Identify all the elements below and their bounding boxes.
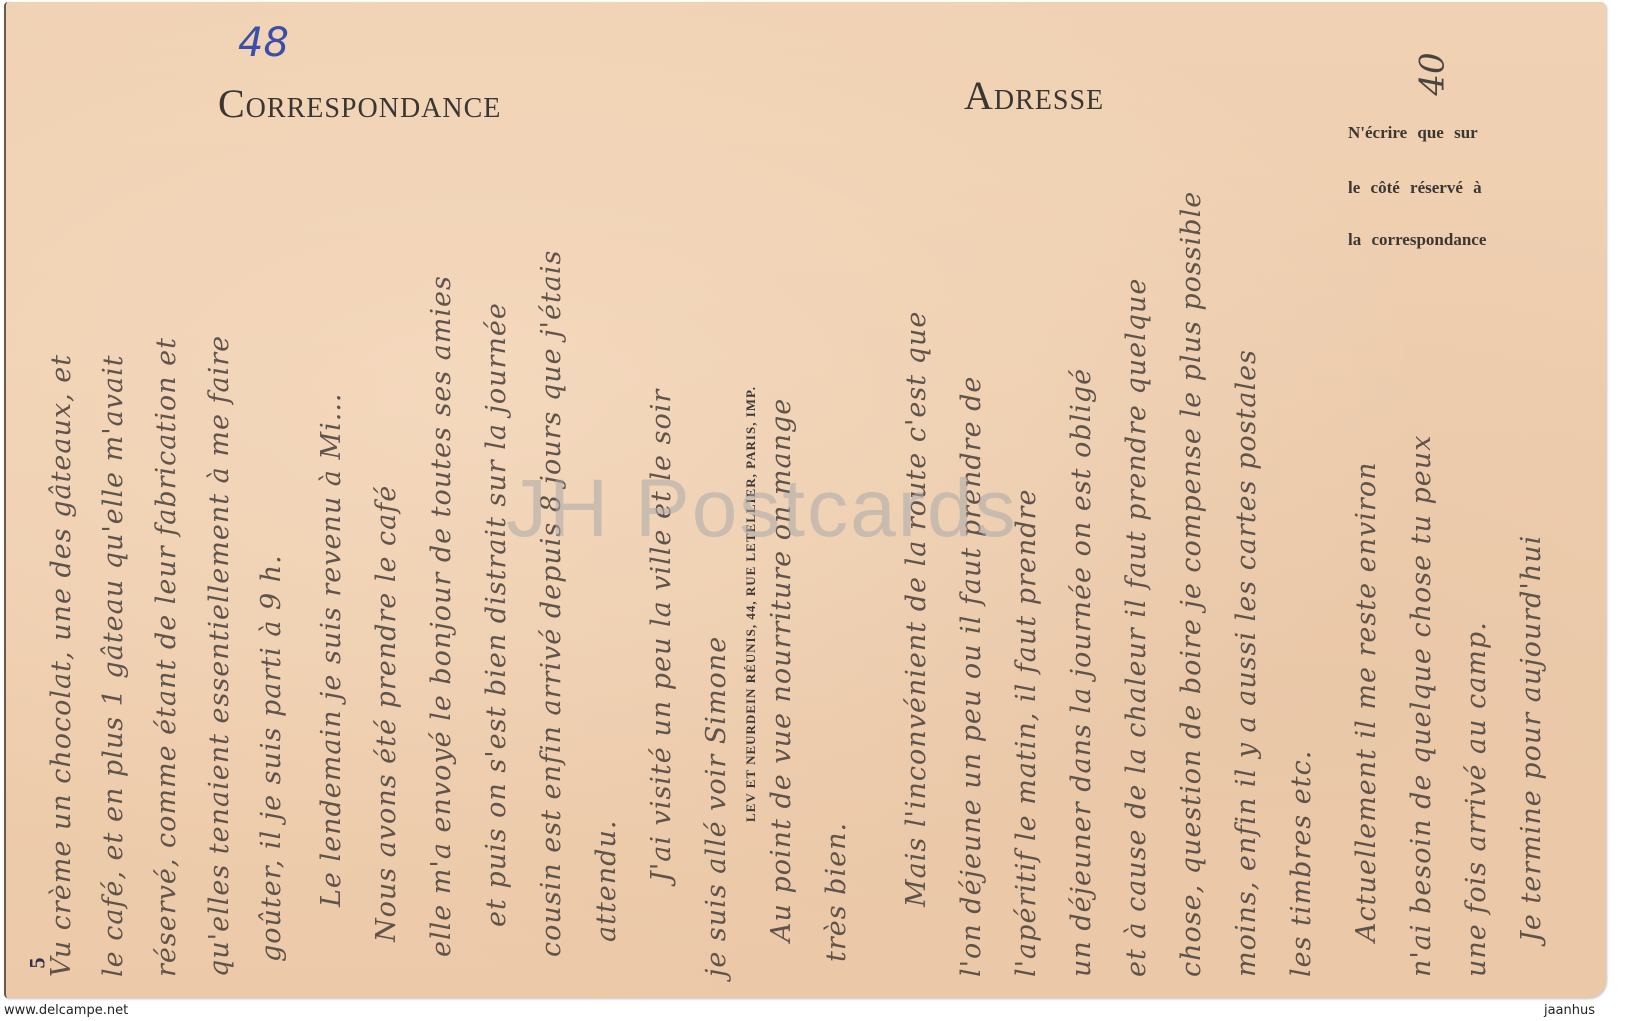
- handwriting-line: très bien.: [821, 822, 852, 962]
- handwriting-line: elle m'a envoyé le bonjour de toutes ses…: [426, 275, 457, 957]
- handwriting-line: une fois arrivé au camp.: [1461, 621, 1492, 977]
- blue-handwritten-number: 48: [238, 20, 289, 66]
- handwriting-line: et puis on s'est bien distrait sur la jo…: [481, 302, 512, 927]
- handwriting-line: Je termine pour aujourd'hui: [1516, 535, 1547, 942]
- handwriting-line: je suis allé voir Simone: [701, 636, 732, 977]
- watermark: JH Postcards: [506, 462, 1018, 556]
- correspondence-header: Correspondance: [218, 80, 501, 127]
- handwriting-line: un déjeuner dans la journée on est oblig…: [1066, 368, 1097, 977]
- handwriting-line: le café, et en plus 1 gâteau qu'elle m'a…: [98, 354, 129, 977]
- pencil-number: 40: [1413, 52, 1453, 95]
- postcard-back: 48 Correspondance Adresse 40 N'écrire qu…: [4, 2, 1606, 998]
- instruction-line-1: N'écrire que sur: [1348, 123, 1478, 143]
- printer-imprint: LEV ET NEURDEIN RÉUNIS, 44, RUE LETELLIE…: [743, 386, 759, 822]
- source-credit: www.delcampe.net: [4, 1003, 128, 1018]
- instruction-line-3: la correspondance: [1348, 230, 1486, 250]
- handwriting-line: et à cause de la chaleur il faut prendre…: [1121, 278, 1152, 977]
- handwriting-line: Actuellement il me reste environ: [1351, 462, 1382, 942]
- instruction-line-2: le côté réservé à: [1348, 178, 1482, 198]
- handwriting-line: qu'elles tenaient essentiellement à me f…: [204, 335, 235, 977]
- address-header: Adresse: [964, 72, 1104, 119]
- handwriting-line: cousin est enfin arrivé depuis 8 jours q…: [536, 250, 567, 957]
- handwriting-line: moins, enfin il y a aussi les cartes pos…: [1231, 349, 1262, 977]
- handwriting-line: Le lendemain je suis revenu à Mi...: [316, 392, 347, 907]
- handwriting-line: les timbres etc.: [1286, 750, 1317, 977]
- handwriting-line: attendu.: [591, 820, 622, 942]
- handwriting-line: Nous avons été prendre le café: [371, 485, 402, 942]
- handwriting-line: goûter, il je suis parti à 9 h.: [256, 554, 287, 962]
- handwriting-line: Vu crème un chocolat, une des gâteaux, e…: [46, 354, 77, 977]
- seller-credit: jaanhus: [1544, 1003, 1595, 1018]
- corner-mark: 5: [25, 958, 51, 969]
- handwriting-line: chose, question de boire je compense le …: [1176, 191, 1207, 977]
- handwriting-line: l'apéritif le matin, il faut prendre: [1011, 489, 1042, 977]
- handwriting-line: n'ai besoin de quelque chose tu peux: [1406, 435, 1437, 977]
- handwriting-line: réservé, comme étant de leur fabrication…: [151, 337, 182, 977]
- handwriting-line: Mais l'inconvénient de la route c'est qu…: [901, 311, 932, 907]
